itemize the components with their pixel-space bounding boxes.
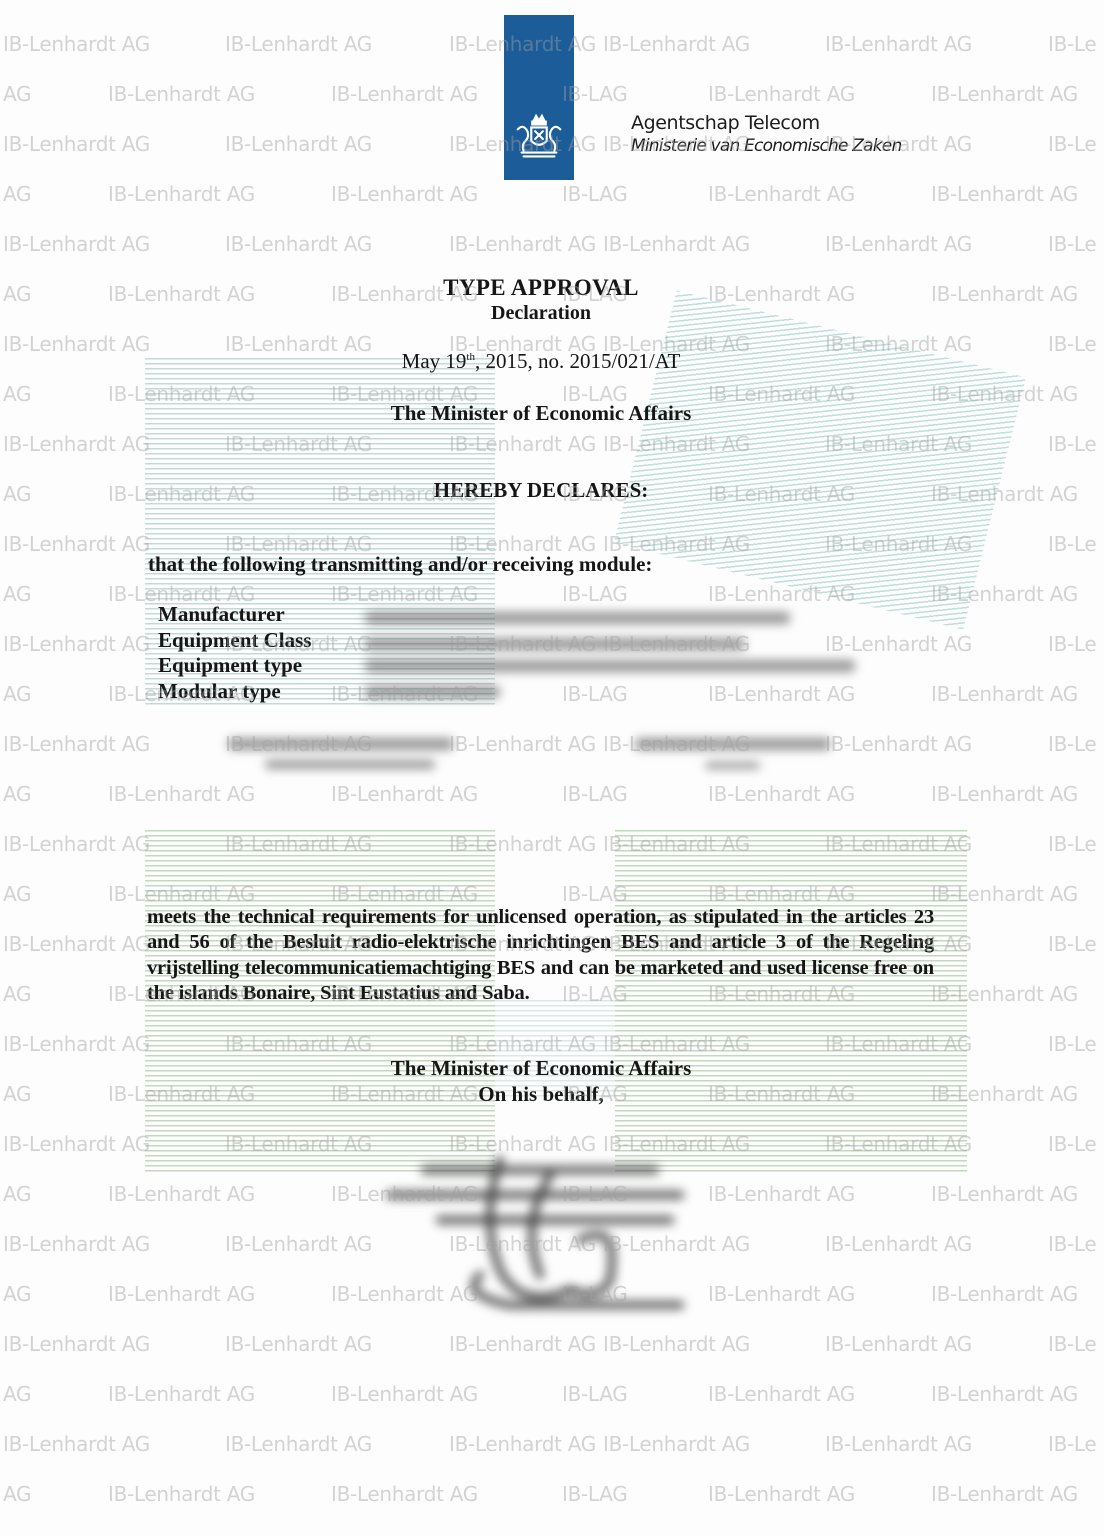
agency-header: Agentschap Telecom Ministerie van Econom… bbox=[631, 112, 901, 156]
blurred-signature bbox=[380, 1150, 700, 1320]
issuer-line: The Minister of Economic Affairs bbox=[0, 401, 1082, 426]
signoff-on-behalf: On his behalf, bbox=[0, 1082, 1082, 1107]
document-title: TYPE APPROVAL bbox=[0, 275, 1082, 301]
redacted-equipment-type bbox=[365, 660, 855, 672]
government-logo bbox=[504, 15, 574, 180]
document-subtitle: Declaration bbox=[0, 302, 1082, 325]
field-label-modular-type: Modular type bbox=[158, 679, 311, 705]
field-label-equipment-class: Equipment Class bbox=[158, 628, 311, 654]
agency-name: Agentschap Telecom bbox=[631, 112, 901, 134]
date-prefix: May 19 bbox=[402, 349, 467, 373]
date-reference: , 2015, no. 2015/021/AT bbox=[475, 349, 680, 373]
equipment-fields: Manufacturer Equipment Class Equipment t… bbox=[158, 602, 311, 704]
redacted-line-left-2 bbox=[265, 760, 435, 769]
redacted-line-right-1 bbox=[635, 738, 830, 750]
redacted-line-right-2 bbox=[705, 762, 760, 769]
field-label-equipment-type: Equipment type bbox=[158, 653, 311, 679]
date-reference-line: May 19th, 2015, no. 2015/021/AT bbox=[0, 349, 1082, 374]
date-ordinal: th bbox=[466, 351, 475, 363]
redacted-manufacturer bbox=[365, 612, 790, 624]
intro-line: that the following transmitting and/or r… bbox=[148, 552, 652, 577]
redacted-line-left-1 bbox=[228, 738, 453, 750]
declaration-heading: HEREBY DECLARES: bbox=[0, 478, 1082, 503]
ministry-name: Ministerie van Economische Zaken bbox=[631, 136, 901, 156]
redacted-modular-type bbox=[365, 686, 500, 698]
redacted-equipment-class bbox=[365, 638, 745, 650]
document-page: Agentschap Telecom Ministerie van Econom… bbox=[0, 0, 1104, 1536]
field-label-manufacturer: Manufacturer bbox=[158, 602, 311, 628]
coat-of-arms-icon bbox=[510, 110, 568, 168]
signoff-issuer: The Minister of Economic Affairs bbox=[0, 1056, 1082, 1081]
declaration-body: meets the technical requirements for unl… bbox=[147, 905, 934, 1006]
